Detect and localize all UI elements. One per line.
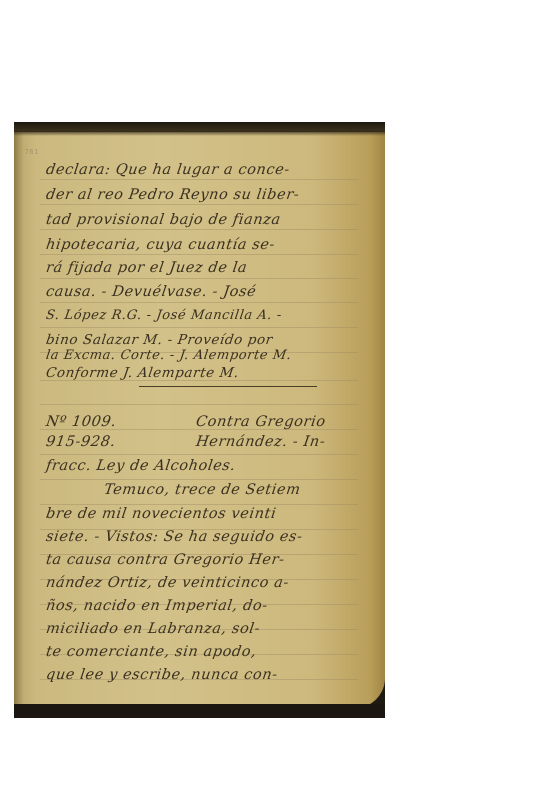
ledger-photo: 0761 declara: Que ha lugar a conce- der … bbox=[14, 122, 385, 718]
ruled-line bbox=[40, 504, 358, 505]
ruled-line bbox=[40, 327, 358, 328]
text-line: S. López R.G. - José Mancilla A. - bbox=[45, 308, 347, 323]
text-line: que lee y escribe, nunca con- bbox=[45, 667, 347, 683]
entry-title-right: Contra Gregorio bbox=[195, 414, 347, 430]
text-line: hipotecaria, cuya cuantía se- bbox=[45, 237, 347, 253]
ruled-line bbox=[40, 404, 358, 405]
entry-ref: 915-928. bbox=[45, 434, 127, 450]
text-line: Temuco, trece de Setiem bbox=[103, 482, 385, 498]
text-line: la Excma. Corte. - J. Alemporte M. bbox=[45, 348, 347, 363]
ruled-line bbox=[40, 254, 358, 255]
top-shadow bbox=[14, 122, 385, 136]
ruled-line bbox=[40, 278, 358, 279]
ledger-page: 0761 declara: Que ha lugar a conce- der … bbox=[14, 132, 385, 708]
entry-title-right: Hernández. - In- bbox=[195, 434, 347, 450]
ruled-line bbox=[40, 204, 358, 205]
text-line: ños, nacido en Imperial, do- bbox=[45, 598, 347, 614]
signature-underline bbox=[139, 386, 317, 387]
text-line: bino Salazar M. - Proveído por bbox=[45, 332, 347, 348]
ruled-line bbox=[40, 479, 358, 480]
text-line: tad provisional bajo de fianza bbox=[45, 212, 347, 228]
ruled-line bbox=[40, 179, 358, 180]
page-left-edge bbox=[14, 132, 24, 708]
text-line: nández Ortiz, de veinticinco a- bbox=[45, 575, 347, 591]
text-line: der al reo Pedro Reyno su liber- bbox=[45, 187, 347, 203]
ruled-line bbox=[40, 229, 358, 230]
bottom-shadow bbox=[14, 704, 385, 718]
text-line: causa. - Devuélvase. - José bbox=[45, 284, 347, 300]
ruled-line bbox=[40, 454, 358, 455]
signature-line: Conforme J. Alemparte M. bbox=[45, 365, 347, 381]
ruled-line bbox=[40, 302, 358, 303]
text-line: rá fijada por el Juez de la bbox=[45, 260, 347, 276]
text-line: te comerciante, sin apodo, bbox=[45, 644, 347, 660]
text-line: ta causa contra Gregorio Her- bbox=[45, 552, 347, 568]
text-line: declara: Que ha lugar a conce- bbox=[45, 162, 347, 178]
text-line: miciliado en Labranza, sol- bbox=[45, 621, 347, 637]
text-line: bre de mil novecientos veinti bbox=[45, 506, 347, 522]
text-line: siete. - Vistos: Se ha seguido es- bbox=[45, 529, 347, 545]
entry-number: Nº 1009. bbox=[45, 414, 127, 430]
entry-title: fracc. Ley de Alcoholes. bbox=[45, 458, 347, 474]
